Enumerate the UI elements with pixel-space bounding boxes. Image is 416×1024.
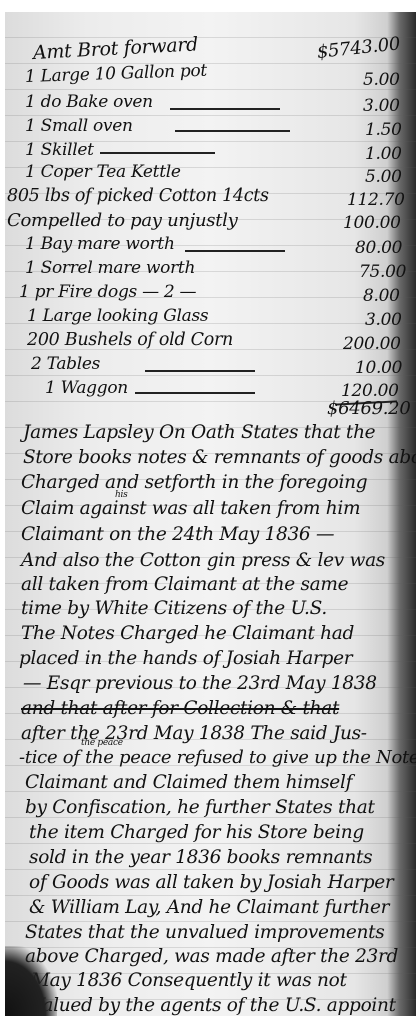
leader-line <box>175 130 290 132</box>
ledger-item-label: 1 Waggon <box>45 378 128 398</box>
ledger-item-label: 200 Bushels of old Corn <box>27 330 233 350</box>
ledger-item-amount: 1.50 <box>365 120 402 140</box>
ledger-item-amount: 75.00 <box>359 262 406 282</box>
leader-line <box>185 250 285 252</box>
statement-line: -tice of the peace refused to give up th… <box>19 747 416 768</box>
ledger-item-label: 1 pr Fire dogs — 2 — <box>19 282 196 302</box>
statement-line: Valued by the agents of the U.S. appoint <box>31 995 396 1016</box>
statement-line: — Esqr previous to the 23rd May 1838 <box>23 673 377 694</box>
ledger-item-label: 2 Tables <box>31 354 100 374</box>
statement-line: Claim against was all taken from him <box>21 498 360 519</box>
statement-line: Claimant and Claimed them himself <box>25 772 352 793</box>
leader-line <box>135 392 255 394</box>
ledger-item-amount: 8.00 <box>363 286 400 306</box>
ledger-item-amount: 3.00 <box>363 96 400 116</box>
ledger-item-amount: 100.00 <box>343 213 401 233</box>
leader-line <box>170 108 280 110</box>
ledger-item-label: 1 Bay mare worth <box>25 234 175 254</box>
statement-line: the item Charged for his Store being <box>29 822 364 843</box>
brought-forward-amount: $5743.00 <box>316 33 401 63</box>
statement-line: Claimant on the 24th May 1836 — <box>21 524 334 545</box>
ledger-item-amount: 112.70 <box>347 190 405 210</box>
ledger-item-label: 805 lbs of picked Cotton 14cts <box>7 186 269 206</box>
statement-line: Store books notes & remnants of goods ab… <box>23 447 416 468</box>
ledger-item-amount: 80.00 <box>355 238 402 258</box>
ledger-item-label: 1 Sorrel mare worth <box>25 258 195 278</box>
statement-line: Charged and setforth in the foregoing <box>21 472 367 493</box>
ledger-item-label: 1 Skillet <box>25 140 94 160</box>
page-corner-shadow <box>5 946 57 1016</box>
statement-line: The Notes Charged he Claimant had <box>21 623 354 644</box>
ledger-item-label: 1 Coper Tea Kettle <box>25 162 181 182</box>
ledger-item-amount: 200.00 <box>343 334 401 354</box>
ledger-item-label: 1 Large looking Glass <box>27 306 208 326</box>
ledger-item-amount: 1.00 <box>365 144 402 164</box>
leader-line <box>100 152 215 154</box>
statement-line: States that the unvalued improvements <box>25 922 385 943</box>
statement-line-struck: and that after for Collection & that <box>21 698 339 719</box>
ledger-total: $6469.20 <box>327 398 411 419</box>
statement-line: by Confiscation, he further States that <box>25 797 375 818</box>
statement-line: And also the Cotton gin press & lev was <box>21 550 385 571</box>
statement-line: placed in the hands of Josiah Harper <box>19 648 352 669</box>
statement-line: above Charged, was made after the 23rd <box>25 946 398 967</box>
statement-line: time by White Citizens of the U.S. <box>21 598 327 619</box>
ledger-item-amount: 10.00 <box>355 358 402 378</box>
ledger-item-label: 1 do Bake oven <box>25 92 153 112</box>
ledger-item-amount: 5.00 <box>363 70 400 90</box>
statement-line: & William Lay, And he Claimant further <box>29 897 389 918</box>
statement-line: James Lapsley On Oath States that the <box>23 422 375 443</box>
ledger-item-label: 1 Large 10 Gallon pot <box>25 61 208 87</box>
ledger-item-label: 1 Small oven <box>25 116 133 136</box>
leader-line <box>145 370 255 372</box>
statement-line: of Goods was all taken by Josiah Harper <box>29 872 393 893</box>
document-page: Amt Brot forward $5743.00 1 Large 10 Gal… <box>5 12 416 1016</box>
ledger-item-amount: 5.00 <box>365 167 402 187</box>
statement-line: May 1836 Consequently it was not <box>31 970 347 991</box>
statement-line: sold in the year 1836 books remnants <box>29 847 372 868</box>
ledger-item-label: Compelled to pay unjustly <box>7 210 237 231</box>
brought-forward-label: Amt Brot forward <box>32 33 198 64</box>
statement-line: after the 23rd May 1838 The said Jus- <box>21 723 367 744</box>
ledger-item-amount: 3.00 <box>365 310 402 330</box>
statement-line: all taken from Claimant at the same <box>21 574 348 595</box>
